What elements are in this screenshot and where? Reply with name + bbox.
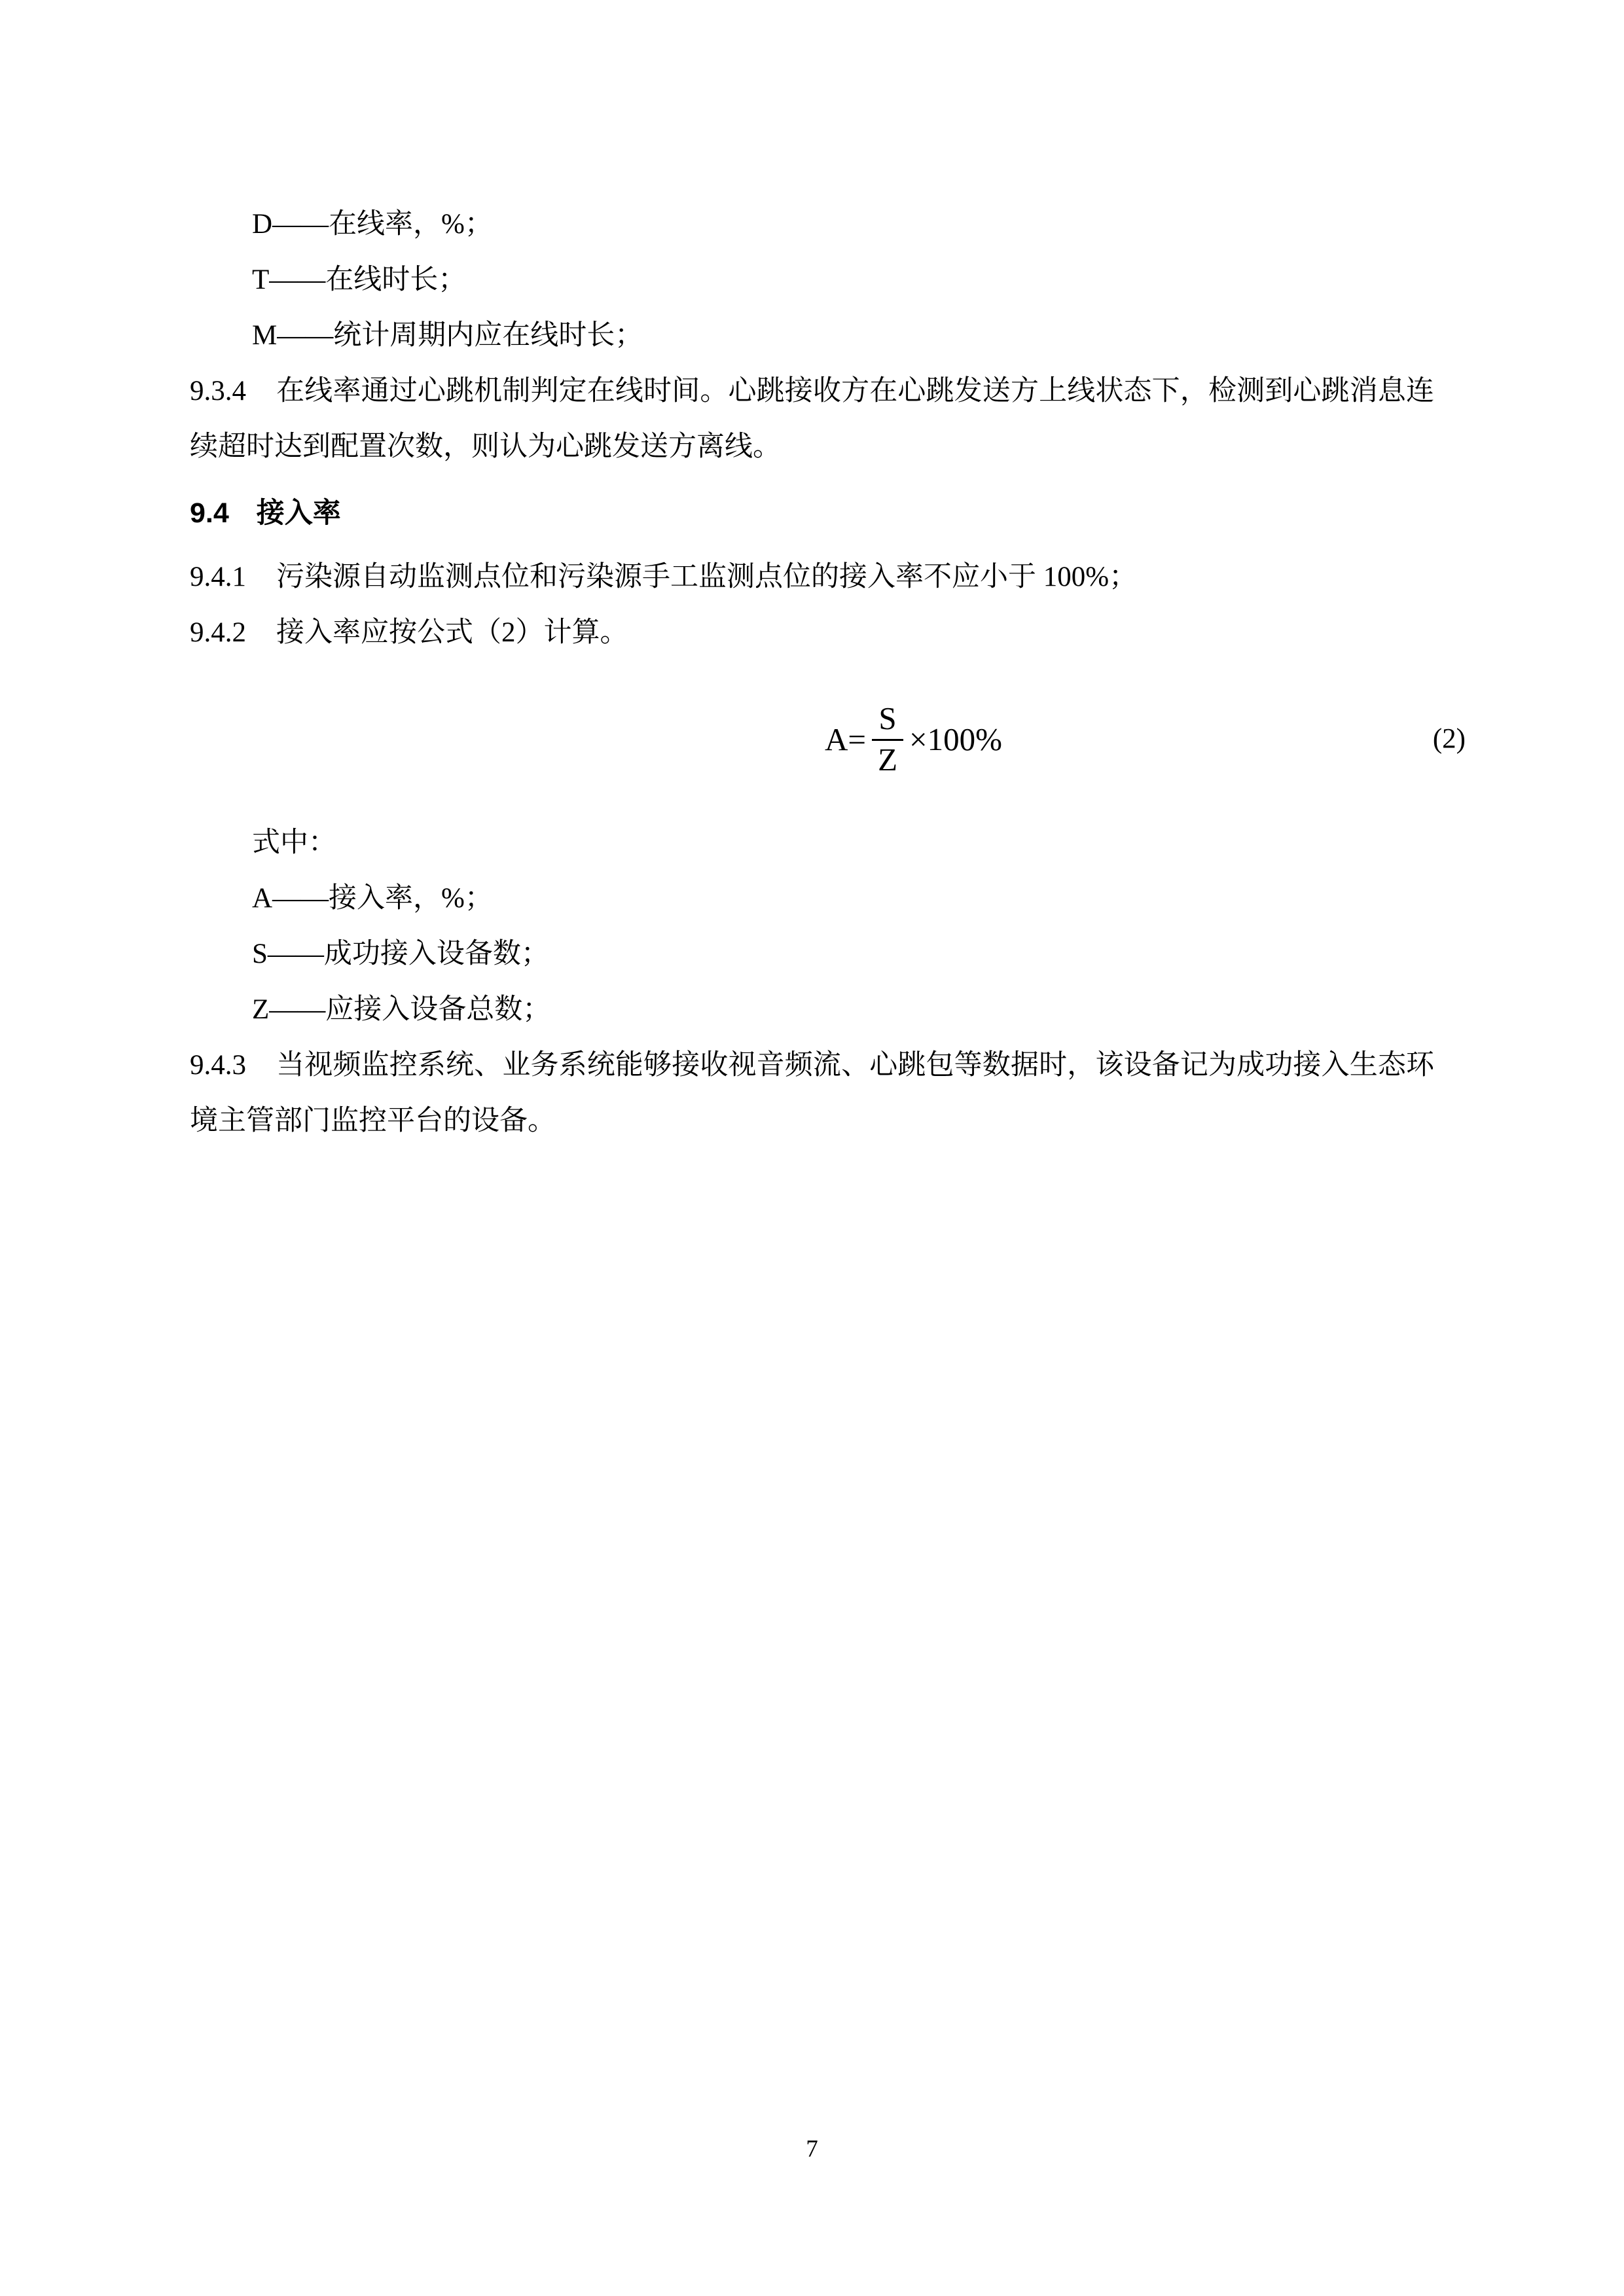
definition-line-d: D——在线率，%； — [190, 196, 1434, 252]
formula-access-rate: A=SZ×100% — [825, 701, 1002, 778]
equation-number: (2) — [1433, 723, 1466, 755]
formula-lhs: A= — [825, 721, 866, 758]
document-page: D——在线率，%； T——在线时长； M——统计周期内应在线时长； 9.3.4在… — [0, 0, 1624, 2296]
definition-line-t: T——在线时长； — [190, 252, 1434, 308]
section-9-4-number: 9.4 — [190, 497, 229, 529]
section-9-4-2-paragraph: 9.4.2接入率应按公式（2）计算。 — [190, 605, 1434, 660]
page-number: 7 — [0, 2135, 1624, 2163]
section-9-4-3-number: 9.4.3 — [190, 1050, 246, 1081]
section-9-3-4-number: 9.3.4 — [190, 376, 246, 406]
formula-denominator: Z — [871, 741, 904, 778]
section-9-4-title: 接入率 — [257, 497, 341, 529]
section-9-3-4-paragraph: 9.3.4在线率通过心跳机制判定在线时间。心跳接收方在心跳发送方上线状态下，检测… — [190, 363, 1434, 475]
section-9-4-3-paragraph: 9.4.3当视频监控系统、业务系统能够接收视音频流、心跳包等数据时，该设备记为成… — [190, 1037, 1434, 1149]
formula-fraction: SZ — [871, 701, 904, 778]
section-9-3-4-text: 在线率通过心跳机制判定在线时间。心跳接收方在心跳发送方上线状态下，检测到心跳消息… — [190, 376, 1434, 462]
section-9-4-2-text: 接入率应按公式（2）计算。 — [276, 617, 628, 648]
formula-block: A=SZ×100% (2) — [190, 663, 1434, 815]
section-9-4-1-text: 污染源自动监测点位和污染源手工监测点位的接入率不应小于 100%； — [276, 562, 1137, 592]
section-9-4-1-paragraph: 9.4.1污染源自动监测点位和污染源手工监测点位的接入率不应小于 100%； — [190, 549, 1434, 605]
section-9-4-1-number: 9.4.1 — [190, 562, 246, 592]
section-9-4-3-text: 当视频监控系统、业务系统能够接收视音频流、心跳包等数据时，该设备记为成功接入生态… — [190, 1050, 1434, 1136]
formula-rhs: ×100% — [909, 721, 1002, 758]
legend-line-s: S——成功接入设备数； — [190, 926, 1434, 982]
legend-line-a: A——接入率，%； — [190, 870, 1434, 926]
section-9-4-2-number: 9.4.2 — [190, 617, 246, 648]
formula-numerator: S — [872, 701, 903, 741]
legend-line-z: Z——应接入设备总数； — [190, 982, 1434, 1037]
section-9-4-heading: 9.4接入率 — [190, 493, 1434, 533]
formula-legend-intro: 式中： — [190, 815, 1434, 870]
definition-line-m: M——统计周期内应在线时长； — [190, 308, 1434, 363]
page-content: D——在线率，%； T——在线时长； M——统计周期内应在线时长； 9.3.4在… — [190, 196, 1434, 1149]
